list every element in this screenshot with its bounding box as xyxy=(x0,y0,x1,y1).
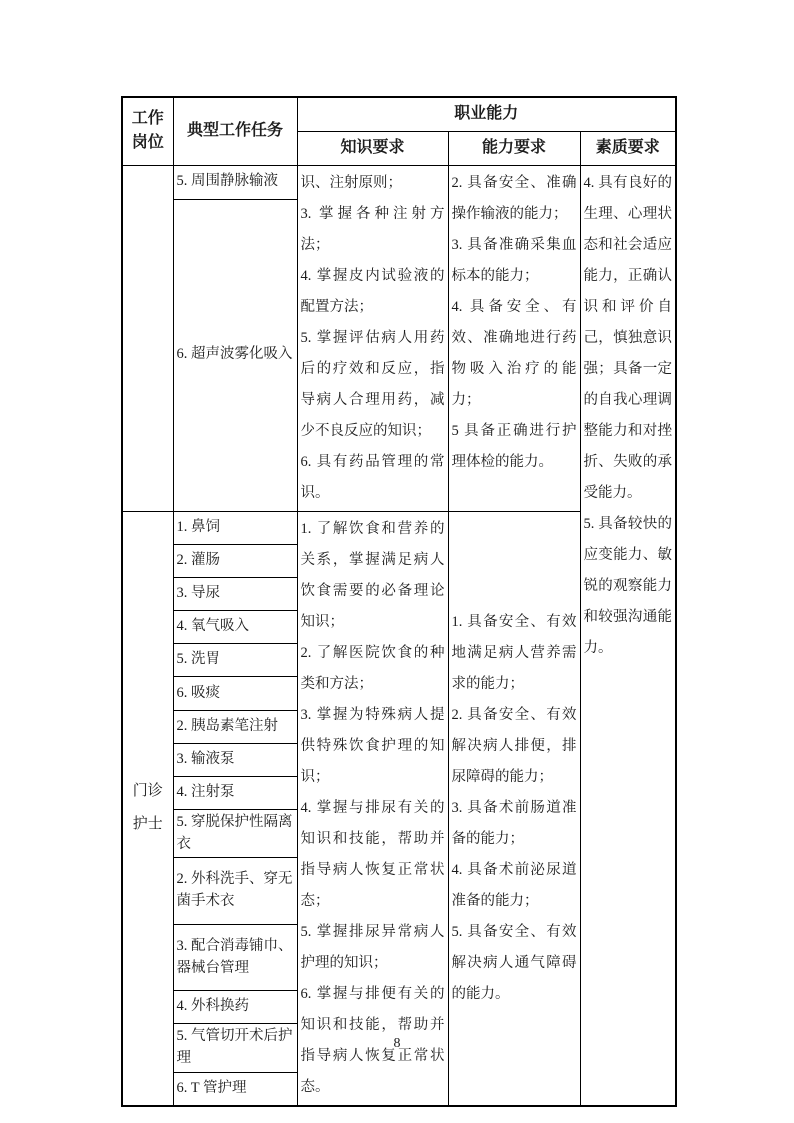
position-line2: 护士 xyxy=(123,808,173,841)
quality-cell: 4. 具有良好的生理、心理状态和社会适应能力，正确认识和评价自己，慎独意识强；具… xyxy=(580,165,676,1106)
header-work-position-line1: 工作 xyxy=(123,107,173,131)
ability-paragraph: 3. 具备准确采集血标本的能力； xyxy=(452,230,577,292)
task-item: 3. 导尿 xyxy=(173,577,297,610)
header-typical-tasks: 典型工作任务 xyxy=(173,97,297,165)
task-item: 6. 超声波雾化吸入 xyxy=(173,199,297,511)
ability-paragraph: 3. 具备术前肠道准备的能力； xyxy=(452,793,577,855)
task-item: 5. 穿脱保护性隔离衣 xyxy=(173,810,297,858)
ability-paragraph: 5 具备正确进行护理体检的能力。 xyxy=(452,416,577,478)
page-number: 8 xyxy=(0,1036,794,1052)
knowledge-paragraph: 1. 了解饮食和营养的关系，掌握满足病人饮食需要的必备理论知识； xyxy=(301,514,445,638)
job-competency-table: 工作 岗位 典型工作任务 职业能力 知识要求 能力要求 素质要求 5. 周围静脉… xyxy=(121,96,677,1107)
knowledge-cell-section2: 1. 了解饮食和营养的关系，掌握满足病人饮食需要的必备理论知识； 2. 了解医院… xyxy=(297,511,448,1106)
task-item: 2. 灌肠 xyxy=(173,544,297,577)
task-item: 2. 胰岛素笔注射 xyxy=(173,710,297,743)
knowledge-paragraph: 3. 掌握各种注射方法； xyxy=(301,199,445,261)
task-item: 2. 外科洗手、穿无菌手术衣 xyxy=(173,858,297,924)
ability-paragraph: 4. 具备术前泌尿道准备的能力； xyxy=(452,855,577,917)
header-work-position: 工作 岗位 xyxy=(122,97,173,165)
quality-paragraph: 4. 具有良好的生理、心理状态和社会适应能力，正确认识和评价自己，慎独意识强；具… xyxy=(584,168,673,509)
quality-paragraph: 5. 具备较快的应变能力、敏锐的观察能力和较强沟通能力。 xyxy=(584,509,673,664)
task-item: 3. 配合消毒铺巾、器械台管理 xyxy=(173,924,297,990)
header-professional-ability: 职业能力 xyxy=(297,97,676,131)
document-page: 工作 岗位 典型工作任务 职业能力 知识要求 能力要求 素质要求 5. 周围静脉… xyxy=(0,0,794,1123)
header-ability: 能力要求 xyxy=(448,131,580,165)
header-work-position-line2: 岗位 xyxy=(123,131,173,155)
task-item: 6. 吸痰 xyxy=(173,677,297,710)
header-knowledge: 知识要求 xyxy=(297,131,448,165)
ability-paragraph: 4. 具备安全、有效、准确地进行药物吸入治疗的能力； xyxy=(452,292,577,416)
task-item: 4. 外科换药 xyxy=(173,991,297,1024)
position-line1: 门诊 xyxy=(123,775,173,808)
ability-paragraph: 2. 具备安全、有效解决病人排便，排尿障碍的能力； xyxy=(452,700,577,793)
knowledge-paragraph: 识、注射原则； xyxy=(301,168,445,199)
knowledge-paragraph: 5. 掌握评估病人用药后的疗效和反应，指导病人合理用药，减少不良反应的知识； xyxy=(301,323,445,447)
position-cell-empty xyxy=(122,165,173,511)
knowledge-paragraph: 2. 了解医院饮食的种类和方法； xyxy=(301,638,445,700)
knowledge-paragraph: 6. 具有药品管理的常识。 xyxy=(301,447,445,509)
knowledge-paragraph: 4. 掌握与排尿有关的知识和技能，帮助并指导病人恢复正常状态； xyxy=(301,793,445,917)
task-item: 3. 输液泵 xyxy=(173,743,297,776)
knowledge-paragraph: 5. 掌握排尿异常病人护理的知识； xyxy=(301,917,445,979)
task-item: 4. 氧气吸入 xyxy=(173,611,297,644)
task-item: 6. T 管护理 xyxy=(173,1072,297,1105)
task-item: 4. 注射泵 xyxy=(173,777,297,810)
ability-paragraph: 5. 具备安全、有效解决病人通气障碍的能力。 xyxy=(452,917,577,1010)
knowledge-paragraph: 4. 掌握皮内试验液的配置方法； xyxy=(301,261,445,323)
knowledge-paragraph: 3. 掌握为特殊病人提供特殊饮食护理的知识； xyxy=(301,700,445,793)
ability-paragraph: 2. 具备安全、准确操作输液的能力； xyxy=(452,168,577,230)
task-item: 5. 周围静脉输液 xyxy=(173,165,297,199)
ability-cell-section2: 1. 具备安全、有效地满足病人营养需求的能力； 2. 具备安全、有效解决病人排便… xyxy=(448,511,580,1106)
knowledge-cell-section1: 识、注射原则； 3. 掌握各种注射方法； 4. 掌握皮内试验液的配置方法； 5.… xyxy=(297,165,448,511)
task-item: 1. 鼻饲 xyxy=(173,511,297,544)
task-item: 5. 洗胃 xyxy=(173,644,297,677)
ability-cell-section1: 2. 具备安全、准确操作输液的能力； 3. 具备准确采集血标本的能力； 4. 具… xyxy=(448,165,580,511)
ability-paragraph: 1. 具备安全、有效地满足病人营养需求的能力； xyxy=(452,607,577,700)
position-cell-outpatient-nurse: 门诊 护士 xyxy=(122,511,173,1106)
header-quality: 素质要求 xyxy=(580,131,676,165)
